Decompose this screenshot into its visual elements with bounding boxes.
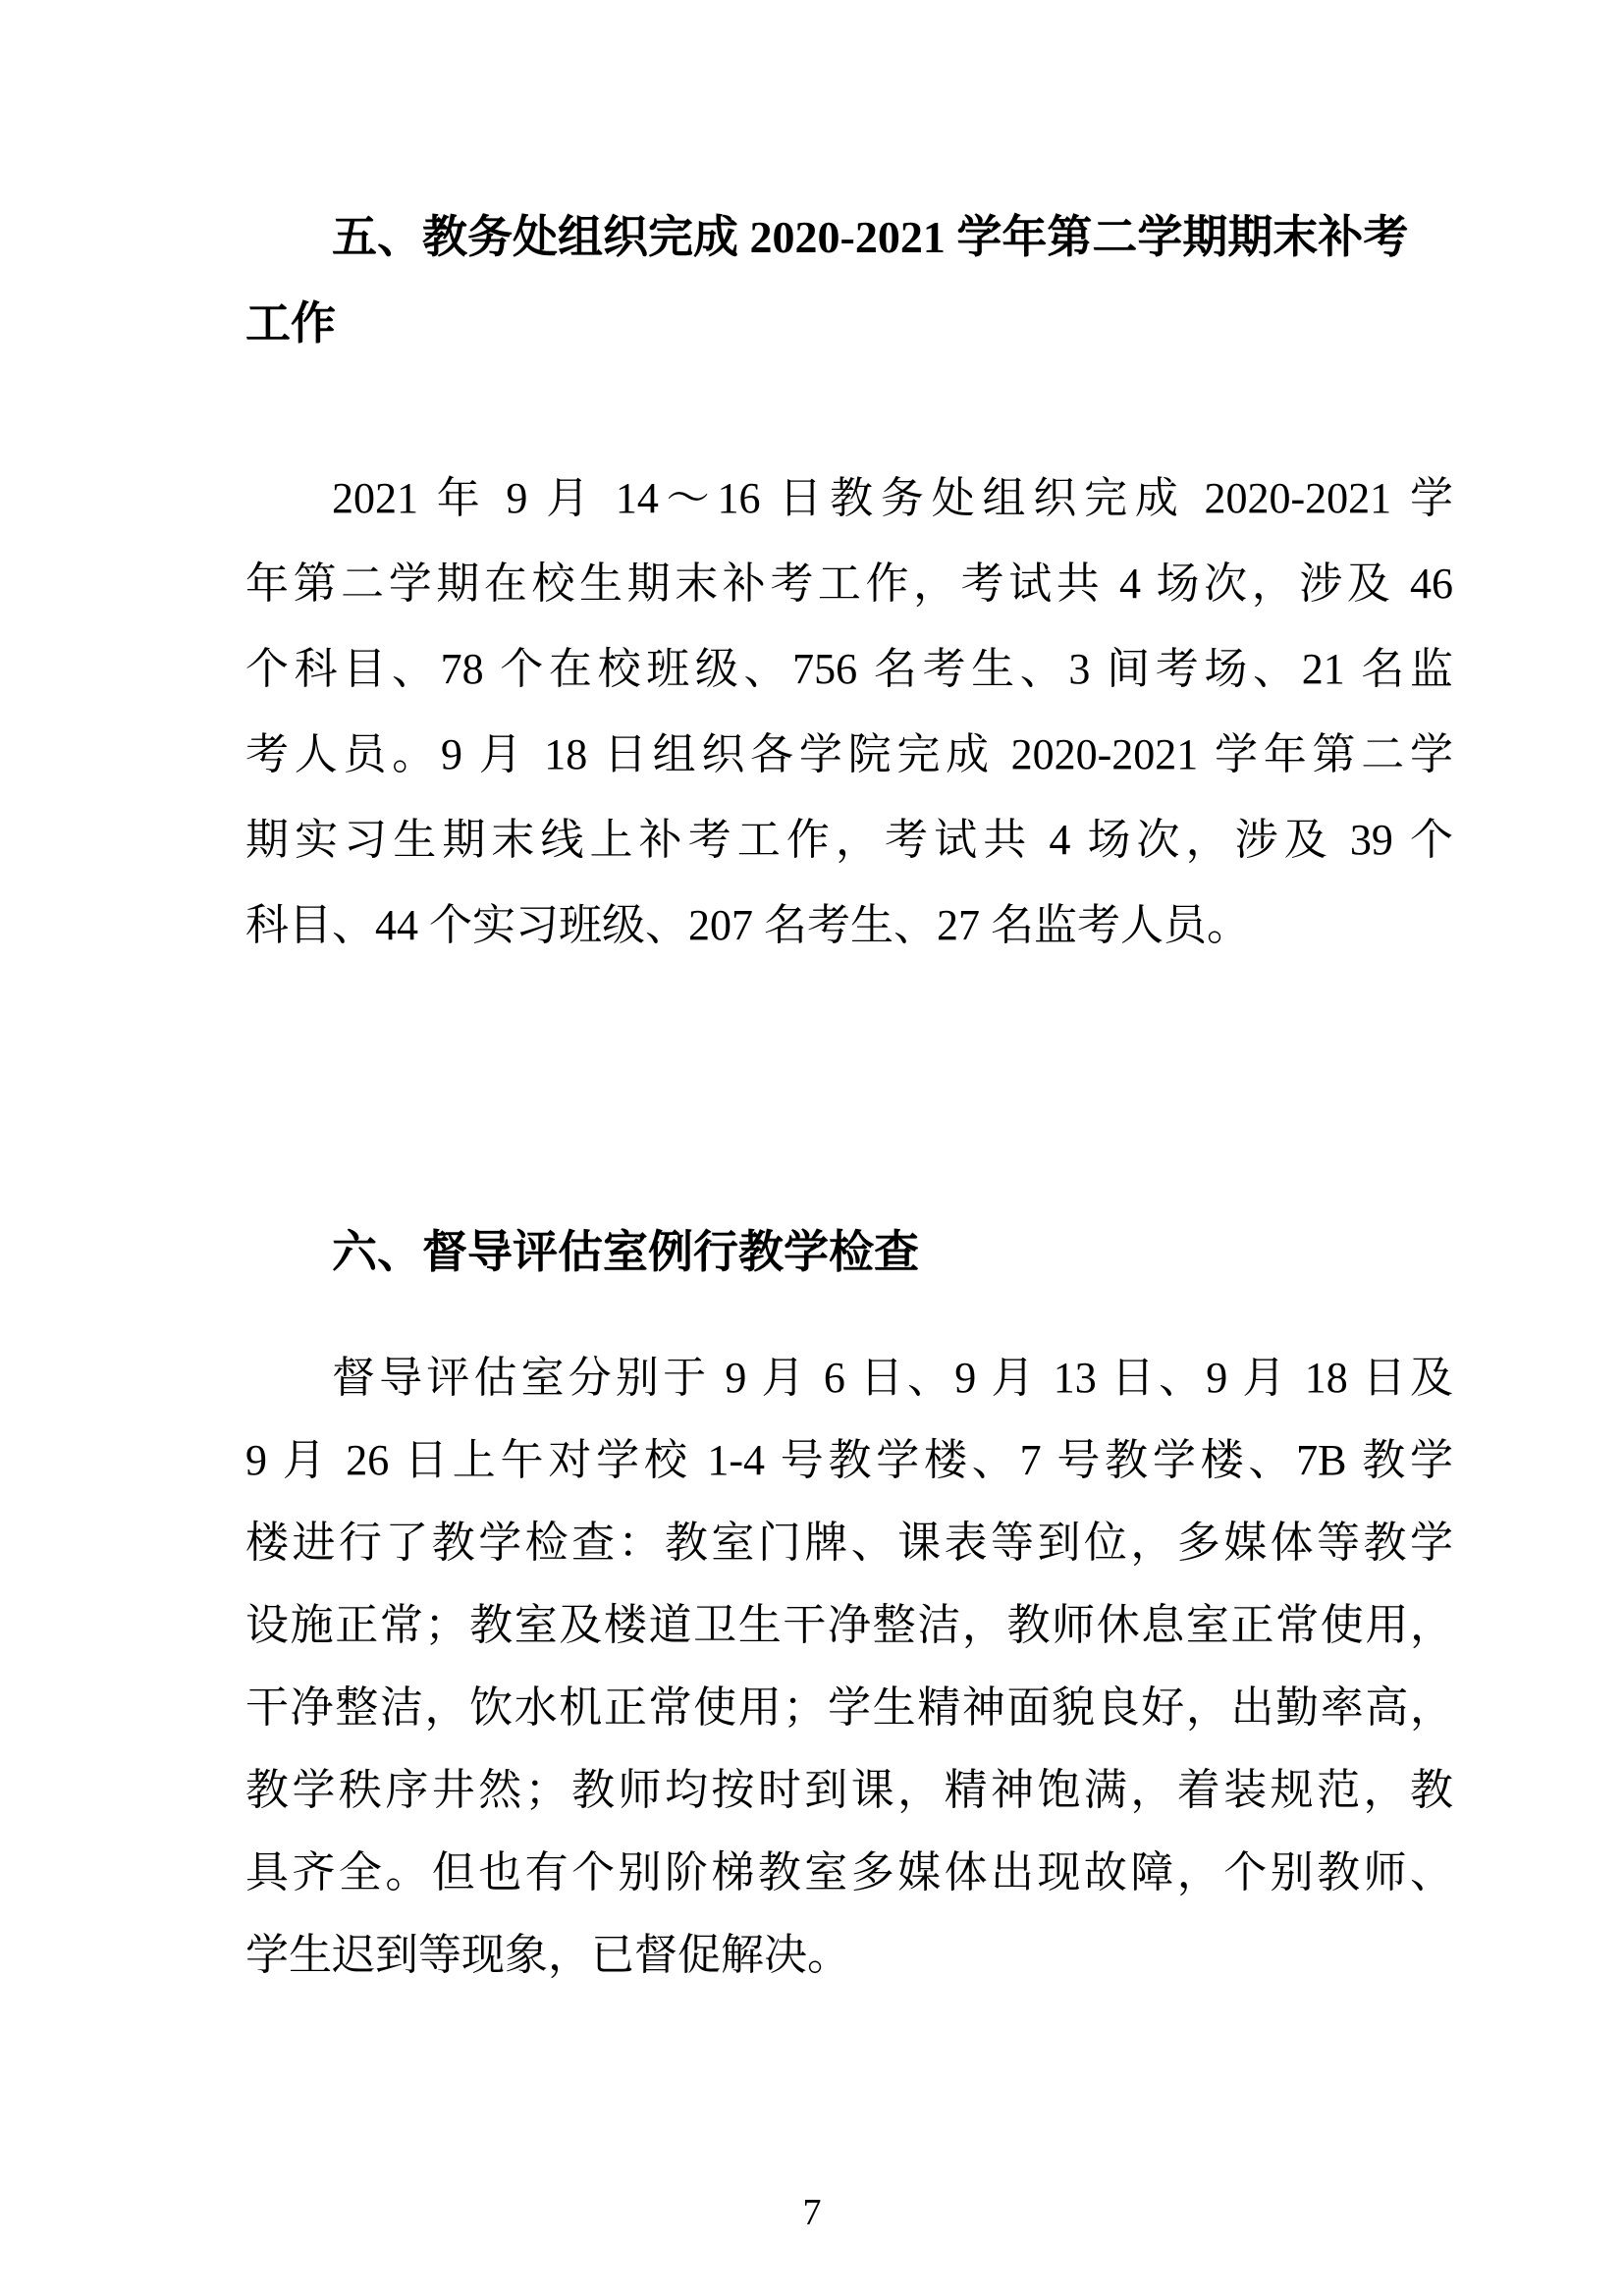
paragraph-line: 个科目、78 个在校班级、756 名考生、3 间考场、21 名监	[245, 626, 1453, 712]
paragraph-line: 干净整洁，饮水机正常使用；学生精神面貌良好，出勤率高，	[245, 1667, 1453, 1749]
document-page: 五、教务处组织完成 2020-2021 学年第二学期期末补考 工作 2021 年…	[0, 0, 1624, 2296]
paragraph-line: 9 月 26 日上午对学校 1-4 号教学楼、7 号教学楼、7B 教学	[245, 1419, 1453, 1502]
paragraph-line: 期实习生期末线上补考工作，考试共 4 场次，涉及 39 个	[245, 797, 1453, 882]
paragraph-line: 设施正常；教室及楼道卫生干净整洁，教师休息室正常使用，	[245, 1584, 1453, 1667]
paragraph-line: 考人员。9 月 18 日组织各学院完成 2020-2021 学年第二学	[245, 712, 1453, 797]
paragraph-line: 学生迟到等现象，已督促解决。	[245, 1914, 1453, 1997]
section-5-heading-line-2: 工作	[245, 281, 1453, 367]
paragraph-line: 科目、44 个实习班级、207 名考生、27 名监考人员。	[245, 882, 1453, 968]
section-5-paragraph: 2021 年 9 月 14～16 日教务处组织完成 2020-2021 学 年第…	[245, 455, 1453, 968]
paragraph-line: 楼进行了教学检查：教室门牌、课表等到位，多媒体等教学	[245, 1502, 1453, 1584]
section-5-heading: 五、教务处组织完成 2020-2021 学年第二学期期末补考 工作	[245, 194, 1453, 367]
page-number: 7	[0, 2193, 1624, 2232]
section-6-heading-line-1: 六、督导评估室例行教学检查	[245, 1209, 1453, 1296]
paragraph-line: 督导评估室分别于 9 月 6 日、9 月 13 日、9 月 18 日及	[245, 1337, 1453, 1419]
paragraph-line: 2021 年 9 月 14～16 日教务处组织完成 2020-2021 学	[245, 455, 1453, 541]
paragraph-line: 教学秩序井然；教师均按时到课，精神饱满，着装规范，教	[245, 1749, 1453, 1832]
paragraph-line: 年第二学期在校生期末补考工作，考试共 4 场次，涉及 46	[245, 541, 1453, 626]
section-5-heading-line-1: 五、教务处组织完成 2020-2021 学年第二学期期末补考	[245, 194, 1453, 281]
paragraph-line: 具齐全。但也有个别阶梯教室多媒体出现故障，个别教师、	[245, 1832, 1453, 1914]
section-6-heading: 六、督导评估室例行教学检查	[245, 1209, 1453, 1296]
section-6-paragraph: 督导评估室分别于 9 月 6 日、9 月 13 日、9 月 18 日及 9 月 …	[245, 1337, 1453, 1997]
